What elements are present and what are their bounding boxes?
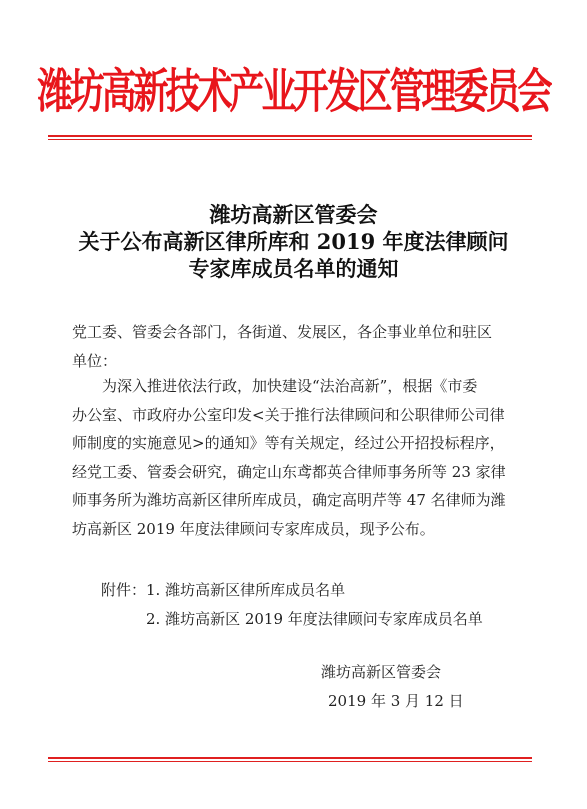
signature-org: 潍坊高新区管委会	[321, 658, 441, 687]
body-line: 师制度的实施意见>的通知》等有关规定，经过公开招投标程序，	[72, 429, 527, 458]
signature-date: 2019 年 3 月 12 日	[328, 687, 464, 716]
body-line: 为深入推进依法行政，加快建设“法治高新”，根据《市委	[72, 372, 527, 401]
attachment-item-1: 附件：1. 潍坊高新区律所库成员名单	[101, 576, 345, 605]
attachment-item-2: 2. 潍坊高新区 2019 年度法律顾问专家库成员名单	[146, 605, 483, 634]
title-line: 专家库成员名单的通知	[0, 255, 587, 282]
salutation-line: 党工委、管委会各部门，各街道、发展区，各企事业单位和驻区	[72, 318, 527, 347]
salutation-line: 单位：	[72, 347, 527, 376]
footer-divider	[48, 757, 532, 762]
body-line: 经党工委、管委会研究，确定山东鸢都英合律师事务所等 23 家律	[72, 458, 527, 487]
body-line: 办公室、市政府办公室印发<关于推行法律顾问和公职律师公司律	[72, 401, 527, 430]
attachment-text: 2. 潍坊高新区 2019 年度法律顾问专家库成员名单	[146, 610, 483, 628]
masthead-divider	[48, 135, 532, 140]
body-line: 坊高新区 2019 年度法律顾问专家库成员，现予公布。	[72, 515, 527, 544]
body-paragraph: 为深入推进依法行政，加快建设“法治高新”，根据《市委 办公室、市政府办公室印发<…	[72, 372, 527, 543]
document-title: 潍坊高新区管委会 关于公布高新区律所库和 2019 年度法律顾问 专家库成员名单…	[0, 201, 587, 282]
title-line: 关于公布高新区律所库和 2019 年度法律顾问	[0, 228, 587, 255]
body-line: 师事务所为潍坊高新区律所库成员，确定高明芹等 47 名律师为潍	[72, 486, 527, 515]
attachment-text: 1. 潍坊高新区律所库成员名单	[146, 581, 345, 599]
issuer-line: 潍坊高新区管委会	[0, 201, 587, 228]
attachment-label: 附件：	[101, 581, 146, 599]
salutation: 党工委、管委会各部门，各街道、发展区，各企事业单位和驻区 单位：	[72, 318, 527, 375]
masthead-title: 潍坊高新技术产业开发区管理委员会	[0, 55, 587, 131]
